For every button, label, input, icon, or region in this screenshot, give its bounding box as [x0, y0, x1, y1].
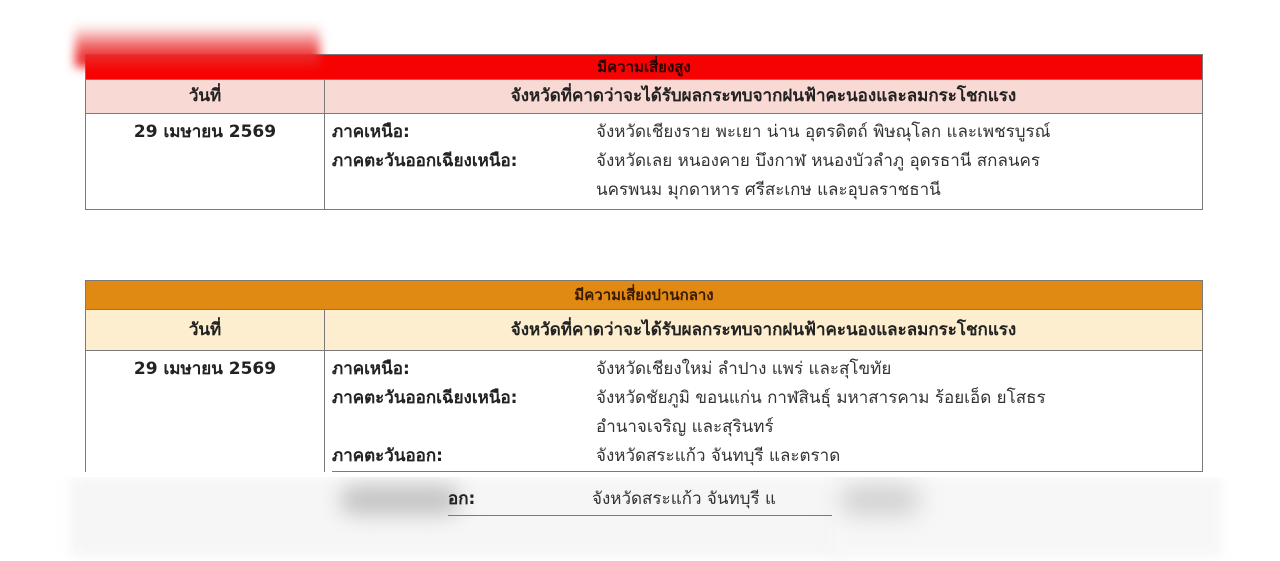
- provinces-column-header: จังหวัดที่คาดว่าจะได้รับผลกระทบจากฝนฟ้าค…: [325, 80, 1202, 113]
- date-column-header: วันที่: [86, 80, 325, 113]
- region-label: ภาคเหนือ:: [332, 118, 596, 147]
- high-risk-table: มีความเสี่ยงสูง วันที่ จังหวัดที่คาดว่าจ…: [85, 54, 1203, 210]
- redaction-blur-top: [75, 25, 320, 67]
- provinces-column-header: จังหวัดที่คาดว่าจะได้รับผลกระทบจากฝนฟ้าค…: [325, 310, 1202, 350]
- partial-province-list: จังหวัดสระแก้ว จันทบุรี แ: [592, 485, 832, 514]
- redaction-smudge: [340, 485, 460, 515]
- region-label: ภาคตะวันออกเฉียงเหนือ:: [332, 147, 596, 176]
- date-column-header: วันที่: [86, 310, 325, 350]
- table-header: วันที่ จังหวัดที่คาดว่าจะได้รับผลกระทบจา…: [86, 310, 1202, 351]
- medium-risk-table: มีความเสี่ยงปานกลาง วันที่ จังหวัดที่คาด…: [85, 280, 1203, 472]
- province-list: จังหวัดเลย หนองคาย บึงกาฬ หนองบัวลำภู อุ…: [596, 147, 1202, 176]
- region-line: ภาคตะวันออก: จังหวัดสระแก้ว จันทบุรี และ…: [332, 442, 1202, 472]
- province-list: จังหวัดสระแก้ว จันทบุรี และตราด: [596, 442, 1202, 471]
- province-list: จังหวัดชัยภูมิ ขอนแก่น กาฬสินธุ์ มหาสารค…: [596, 384, 1202, 413]
- region-label: ภาคเหนือ:: [332, 355, 596, 384]
- region-label: ภาคตะวันออกเฉียงเหนือ:: [332, 384, 596, 413]
- table-header: วันที่ จังหวัดที่คาดว่าจะได้รับผลกระทบจา…: [86, 80, 1202, 114]
- risk-level-banner: มีความเสี่ยงปานกลาง: [86, 281, 1202, 310]
- date-cell: 29 เมษายน 2569: [86, 114, 325, 209]
- redaction-smudge: [840, 485, 920, 515]
- region-line: ภาคเหนือ: จังหวัดเชียงใหม่ ลำปาง แพร่ แล…: [332, 355, 1202, 384]
- region-line: ภาคตะวันออกเฉียงเหนือ: จังหวัดเลย หนองคา…: [332, 147, 1202, 176]
- region-label: ภาคตะวันออก:: [332, 442, 596, 471]
- province-list: จังหวัดเชียงใหม่ ลำปาง แพร่ และสุโขทัย: [596, 355, 1202, 384]
- provinces-cell: ภาคเหนือ: จังหวัดเชียงใหม่ ลำปาง แพร่ แล…: [325, 351, 1202, 472]
- table-row: 29 เมษายน 2569 ภาคเหนือ: จังหวัดเชียงราย…: [86, 114, 1202, 209]
- table-bottom-border: [448, 515, 832, 516]
- region-line-continued: อำนาจเจริญ และสุรินทร์: [332, 413, 1202, 442]
- province-list: อำนาจเจริญ และสุรินทร์: [596, 413, 1202, 442]
- table-row: 29 เมษายน 2569 ภาคเหนือ: จังหวัดเชียงใหม…: [86, 351, 1202, 472]
- region-line-continued: นครพนม มุกดาหาร ศรีสะเกษ และอุบลราชธานี: [332, 176, 1202, 205]
- province-list: จังหวัดเชียงราย พะเยา น่าน อุตรดิตถ์ พิษ…: [596, 118, 1202, 147]
- partial-region-label: อก:: [448, 485, 475, 514]
- province-list: นครพนม มุกดาหาร ศรีสะเกษ และอุบลราชธานี: [596, 176, 1202, 205]
- region-line: ภาคตะวันออกเฉียงเหนือ: จังหวัดชัยภูมิ ขอ…: [332, 384, 1202, 413]
- region-line: ภาคเหนือ: จังหวัดเชียงราย พะเยา น่าน อุต…: [332, 118, 1202, 147]
- provinces-cell: ภาคเหนือ: จังหวัดเชียงราย พะเยา น่าน อุต…: [325, 114, 1202, 209]
- date-cell: 29 เมษายน 2569: [86, 351, 325, 472]
- redaction-area-bottom: อก: จังหวัดสระแก้ว จันทบุรี แ: [0, 477, 1280, 561]
